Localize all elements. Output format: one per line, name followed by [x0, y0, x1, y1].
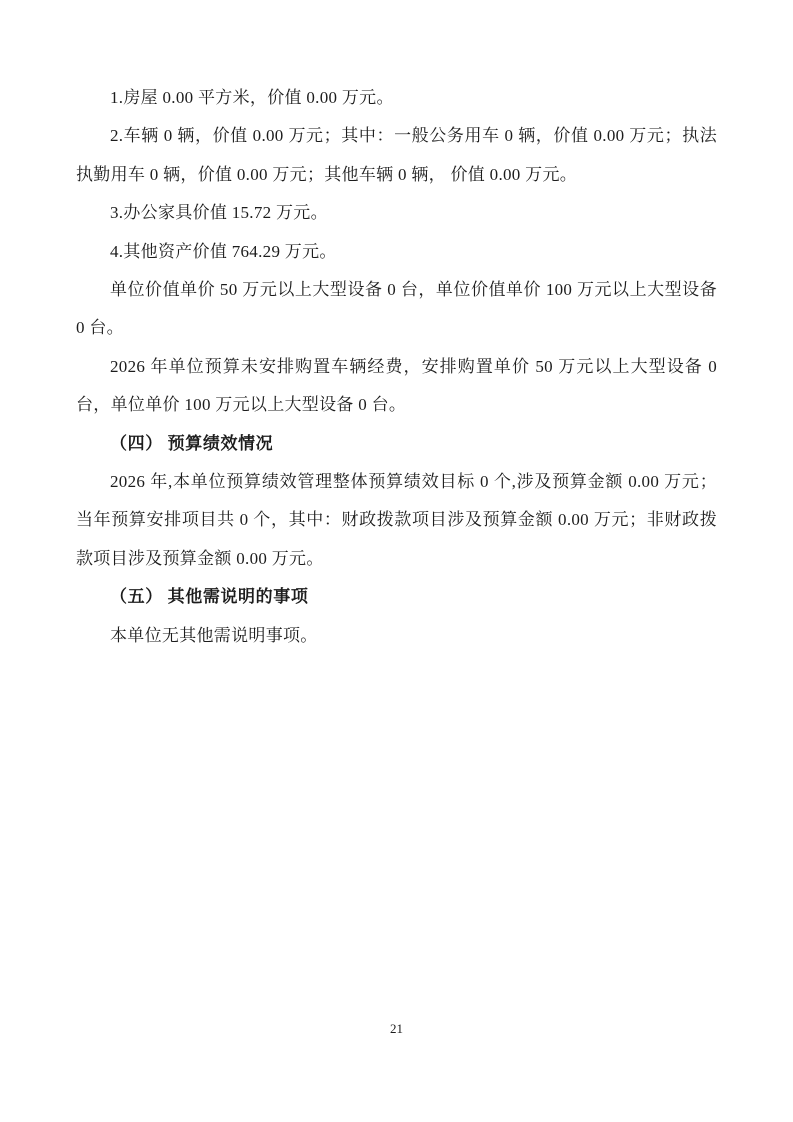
paragraph: 1.房屋 0.00 平方米，价值 0.00 万元。	[76, 79, 717, 117]
document-body: 1.房屋 0.00 平方米，价值 0.00 万元。2.车辆 0 辆，价值 0.0…	[76, 79, 717, 655]
paragraph: 2026 年单位预算未安排购置车辆经费，安排购置单价 50 万元以上大型设备 0…	[76, 348, 717, 425]
paragraph: 3.办公家具价值 15.72 万元。	[76, 194, 717, 232]
section-heading: （五） 其他需说明的事项	[76, 578, 717, 616]
paragraph: 2.车辆 0 辆，价值 0.00 万元；其中：一般公务用车 0 辆，价值 0.0…	[76, 117, 717, 194]
section-heading: （四） 预算绩效情况	[76, 425, 717, 463]
page-number: 21	[0, 1020, 793, 1038]
paragraph: 2026 年,本单位预算绩效管理整体预算绩效目标 0 个,涉及预算金额 0.00…	[76, 463, 717, 578]
paragraph: 本单位无其他需说明事项。	[76, 617, 717, 655]
paragraph: 单位价值单价 50 万元以上大型设备 0 台，单位价值单价 100 万元以上大型…	[76, 271, 717, 348]
paragraph: 4.其他资产价值 764.29 万元。	[76, 233, 717, 271]
document-page: 1.房屋 0.00 平方米，价值 0.00 万元。2.车辆 0 辆，价值 0.0…	[0, 0, 793, 1122]
